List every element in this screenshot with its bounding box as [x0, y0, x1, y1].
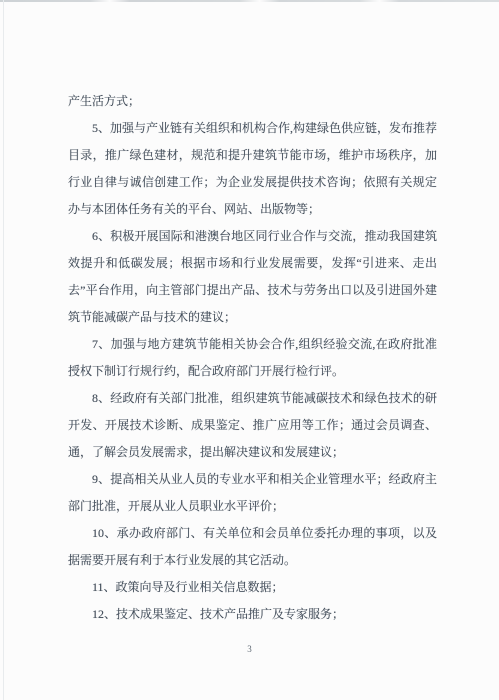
text-line: 部门批准，开展从业人员职业水平评价；	[68, 493, 437, 520]
text-line: 开发、开展技术诊断、成果鉴定、推广应用等工作；通过会员调查、沟	[68, 412, 437, 439]
text-line: 筑节能减碳产品与技术的建议；	[68, 304, 437, 331]
scan-edge-left-line	[3, 0, 4, 700]
document-body-text: 产生活方式；5、加强与产业链有关组织和机构合作,构建绿色供应链，发布推荐目录，推…	[68, 88, 437, 628]
text-line: 12、技术成果鉴定、技术产品推广及专家服务；	[68, 601, 437, 628]
text-line: 9、提高相关从业人员的专业水平和相关企业管理水平；经政府主管	[68, 466, 437, 493]
text-line: 授权下制订行规行约，配合政府部门开展行检行评。	[68, 358, 437, 385]
text-line: 7、加强与地方建筑节能相关协会合作,组织经验交流,在政府批准或	[68, 331, 437, 358]
text-line: 11、政策向导及行业相关信息数据；	[68, 574, 437, 601]
text-line: 6、积极开展国际和港澳台地区同行业合作与交流，推动我国建筑能	[68, 223, 437, 250]
text-line: 10、承办政府部门、有关单位和会员单位委托办理的事项，以及根	[68, 520, 437, 547]
text-line: 8、经政府有关部门批准，组织建筑节能减碳技术和绿色技术的研究	[68, 385, 437, 412]
text-line: 效提升和低碳发展；根据市场和行业发展需要，发挥“引进来、走出	[68, 250, 437, 277]
text-line: 去”平台作用，向主管部门提出产品、技术与劳务出口以及引进国外建	[68, 277, 437, 304]
text-line: 据需要开展有利于本行业发展的其它活动。	[68, 547, 437, 574]
document-page: 产生活方式；5、加强与产业链有关组织和机构合作,构建绿色供应链，发布推荐目录，推…	[0, 0, 499, 700]
text-line: 5、加强与产业链有关组织和机构合作,构建绿色供应链，发布推荐	[68, 115, 437, 142]
text-line: 行业自律与诚信创建工作；为企业发展提供技术咨询；依照有关规定创	[68, 169, 437, 196]
text-line: 产生活方式；	[68, 88, 437, 115]
scan-edge-top-line	[0, 0, 499, 2]
text-line: 目录，推广绿色建材，规范和提升建筑节能市场，维护市场秩序，加强	[68, 142, 437, 169]
text-line: 办与本团体任务有关的平台、网站、出版物等；	[68, 196, 437, 223]
page-number: 3	[0, 642, 499, 656]
text-line: 通，了解会员发展需求，提出解决建议和发展建议；	[68, 439, 437, 466]
